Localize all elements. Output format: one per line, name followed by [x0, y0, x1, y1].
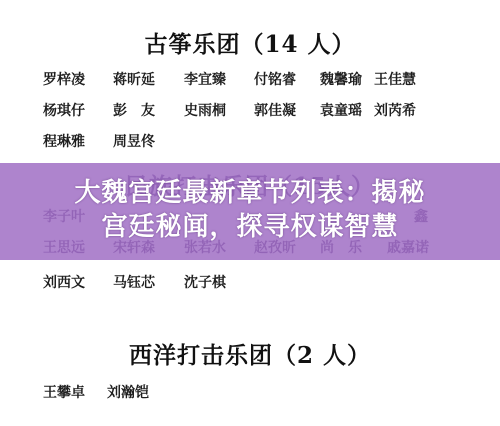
member-name: 周昱佟: [113, 132, 155, 152]
headline-line-2: 宫廷秘闻，探寻权谋智慧: [0, 210, 500, 244]
headline-line-1: 大魏宫廷最新章节列表：揭秘: [0, 176, 500, 210]
member-name: 彭 友: [113, 101, 155, 121]
member-name: 魏馨瑜: [320, 70, 362, 90]
member-name: 史雨桐: [184, 101, 226, 121]
member-name: 王攀卓: [43, 383, 85, 403]
member-name: 袁童瑶: [320, 101, 362, 121]
member-name: 马钰芯: [113, 273, 155, 293]
member-name: 沈子棋: [184, 273, 226, 293]
section-title: 西洋打击乐团（2 人）: [0, 337, 500, 370]
section-title: 古筝乐团（14 人）: [0, 26, 500, 59]
member-name: 刘芮希: [374, 101, 416, 121]
name-row: 罗梓凌 蒋昕延 李宜臻 付铭睿 魏馨瑜 王佳慧: [0, 70, 500, 90]
member-name: 付铭睿: [254, 70, 296, 90]
member-name: 王佳慧: [374, 70, 416, 90]
member-name: 罗梓凌: [43, 70, 85, 90]
name-row: 王攀卓 刘瀚铠: [0, 383, 500, 403]
member-name: 杨琪仔: [43, 101, 85, 121]
name-row: 刘西文 马钰芯 沈子棋: [0, 273, 500, 293]
member-name: 郭佳凝: [254, 101, 296, 121]
member-name: 蒋昕延: [113, 70, 155, 90]
headline-banner-text: 大魏宫廷最新章节列表：揭秘 宫廷秘闻，探寻权谋智慧: [0, 163, 500, 260]
member-name: 刘西文: [43, 273, 85, 293]
member-name: 刘瀚铠: [107, 383, 149, 403]
name-row: 程琳雅 周昱佟: [0, 132, 500, 152]
name-row: 杨琪仔 彭 友 史雨桐 郭佳凝 袁童瑶 刘芮希: [0, 101, 500, 121]
member-name: 李宜臻: [184, 70, 226, 90]
member-name: 程琳雅: [43, 132, 85, 152]
